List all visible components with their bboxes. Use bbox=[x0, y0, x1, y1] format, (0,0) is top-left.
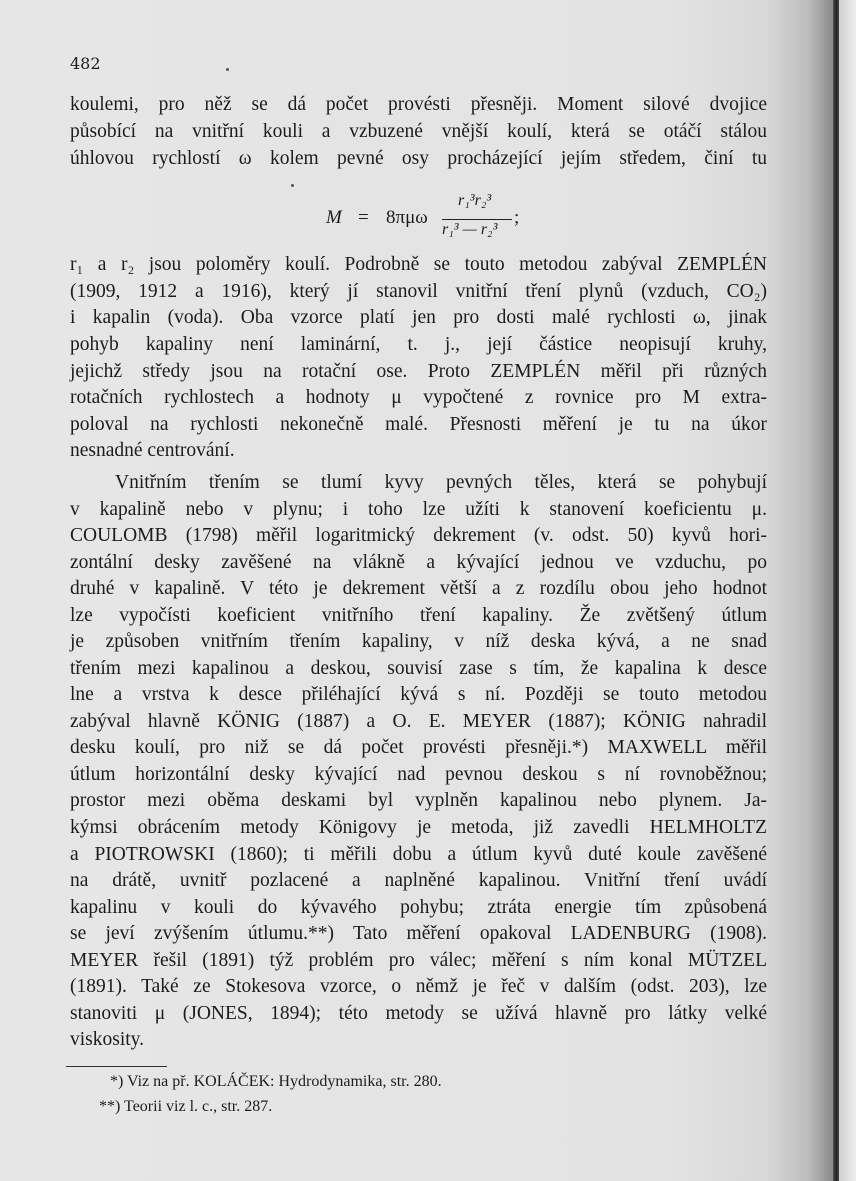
text-line: jejichž středy jsou na rotační ose. Prot… bbox=[70, 359, 767, 385]
equation-coefficient: 8πμω bbox=[386, 207, 428, 229]
equation-torque: M = 8πμω r₁³r₂³ r₁³ — r₂³ ; bbox=[318, 192, 578, 248]
fraction-bar bbox=[442, 219, 512, 220]
text-line: zabýval hlavně KÖNIG (1887) a O. E. MEYE… bbox=[70, 709, 767, 735]
text-line: zontální desky zavěšené na vlákně a kýva… bbox=[70, 550, 767, 576]
page-number: 482 bbox=[70, 54, 101, 73]
text-line: pohyb kapaliny není laminární, t. j., je… bbox=[70, 332, 767, 358]
text-line: je způsoben vnitřním třením kapaliny, v … bbox=[70, 629, 767, 655]
text-line: r₁ a r₂ jsou poloměry koulí. Podrobně se… bbox=[70, 252, 767, 278]
equation-lhs: M bbox=[326, 207, 342, 229]
adjacent-page-edge bbox=[839, 0, 856, 1181]
text-line: lne a vrstva k desce přiléhající kývá s … bbox=[70, 682, 767, 708]
text-line: stanoviti μ (JONES, 1894); této metody s… bbox=[70, 1001, 767, 1027]
text-line: i kapalin (voda). Oba vzorce platí jen p… bbox=[70, 305, 767, 331]
footnote-1: *) Viz na př. KOLÁČEK: Hydrodynamika, st… bbox=[110, 1072, 442, 1092]
text-line: desku koulí, pro niž se dá počet provést… bbox=[70, 735, 767, 761]
text-line: a PIOTROWSKI (1860); ti měřili dobu a út… bbox=[70, 842, 767, 868]
footnote-2: **) Teorii viz l. c., str. 287. bbox=[99, 1097, 272, 1117]
text-line: (1891). Také ze Stokesova vzorce, o němž… bbox=[70, 974, 767, 1000]
text-line: viskosity. bbox=[70, 1027, 767, 1053]
text-line: útlum horizontální desky kývající nad pe… bbox=[70, 762, 767, 788]
speck bbox=[226, 68, 229, 71]
footnote-separator bbox=[66, 1066, 167, 1067]
text-line: poloval na rychlosti nekonečně malé. Pře… bbox=[70, 412, 767, 438]
book-page: 482 koulemi, pro něž se dá počet provést… bbox=[0, 0, 833, 1181]
speck bbox=[291, 184, 294, 187]
equation-numerator: r₁³r₂³ bbox=[458, 192, 491, 210]
text-line: prostor mezi oběma deskami byl vyplněn k… bbox=[70, 788, 767, 814]
text-line: lze vypočísti koeficient vnitřního tření… bbox=[70, 603, 767, 629]
text-line: koulemi, pro něž se dá počet provésti př… bbox=[70, 92, 767, 118]
text-line: COULOMB (1798) měřil logaritmický dekrem… bbox=[70, 523, 767, 549]
text-line: v kapalině nebo v plynu; i toho lze užít… bbox=[70, 497, 767, 523]
text-line: třením mezi kapalinou a deskou, souvisí … bbox=[70, 656, 767, 682]
text-line: (1909, 1912 a 1916), který jí stanovil v… bbox=[70, 279, 767, 305]
text-line: MEYER řešil (1891) týž problém pro válec… bbox=[70, 948, 767, 974]
text-line: se jeví zvýšením útlumu.**) Tato měření … bbox=[70, 921, 767, 947]
text-line: na drátě, uvnitř pozlacené a naplněné ka… bbox=[70, 868, 767, 894]
equation-equals: = bbox=[358, 207, 369, 229]
text-line: působící na vnitřní kouli a vzbuzené vně… bbox=[70, 119, 767, 145]
text-line: druhé v kapalině. V této je dekrement vě… bbox=[70, 576, 767, 602]
text-line: kýmsi obrácením metody Königovy je metod… bbox=[70, 815, 767, 841]
text-line: Vnitřním třením se tlumí kyvy pevných tě… bbox=[115, 470, 767, 496]
text-line: kapalinu v kouli do kývavého pohybu; ztr… bbox=[70, 895, 767, 921]
text-line: rotačních rychlostech a hodnoty μ vypočt… bbox=[70, 385, 767, 411]
equation-denominator: r₁³ — r₂³ bbox=[442, 221, 497, 239]
text-line: nesnadné centrování. bbox=[70, 438, 767, 464]
text-line: úhlovou rychlostí ω kolem pevné osy proc… bbox=[70, 146, 767, 172]
equation-terminator: ; bbox=[514, 207, 519, 229]
